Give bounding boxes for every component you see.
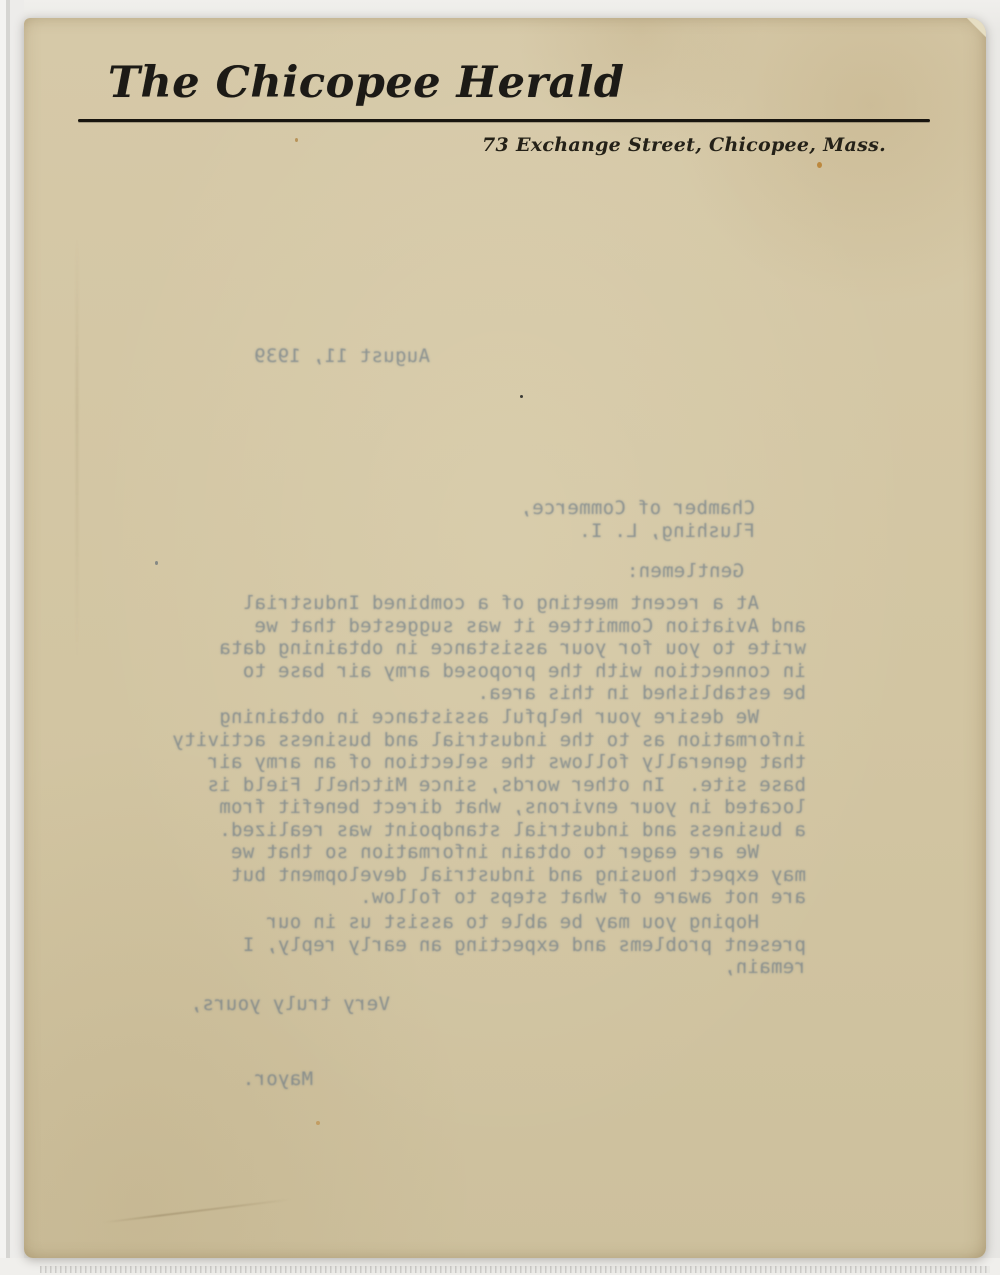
bleed-through-paragraph-2: We desire your helpful assistance in obt… xyxy=(166,706,806,841)
ink-stain xyxy=(316,1121,320,1125)
scanned-document: The Chicopee Herald 73 Exchange Street, … xyxy=(0,0,1000,1275)
paper-crease xyxy=(76,238,78,658)
letterhead-title: The Chicopee Herald xyxy=(108,60,624,107)
letter-page: The Chicopee Herald 73 Exchange Street, … xyxy=(24,18,986,1258)
letterhead-address: 73 Exchange Street, Chicopee, Mass. xyxy=(482,134,886,156)
bleed-through-signature: Mayor. xyxy=(233,1068,313,1091)
bleed-through-date: August 11, 1939 xyxy=(250,345,430,368)
ink-stain xyxy=(817,162,822,168)
bleed-through-salutation: Gentlemen: xyxy=(614,560,744,583)
corner-fold xyxy=(956,18,986,48)
bleed-through-recipient: Chamber of Commerce, Flushing, L. I. xyxy=(515,497,755,542)
bleed-through-paragraph-4: Hoping you may be able to assist us in o… xyxy=(166,911,806,979)
bleed-through-paragraph-3: We are eager to obtain information so th… xyxy=(166,841,806,909)
scanner-edge-left xyxy=(0,0,24,1275)
ink-stain xyxy=(520,395,523,398)
bleed-through-closing: Very truly yours, xyxy=(190,993,390,1016)
ink-stain xyxy=(295,138,298,142)
letterhead-rule xyxy=(78,119,930,122)
ink-stain xyxy=(155,561,158,565)
paper-crease xyxy=(103,1198,292,1223)
bleed-through-paragraph-1: At a recent meeting of a combined Indust… xyxy=(166,592,806,705)
scanner-perforation-strip xyxy=(40,1266,990,1273)
